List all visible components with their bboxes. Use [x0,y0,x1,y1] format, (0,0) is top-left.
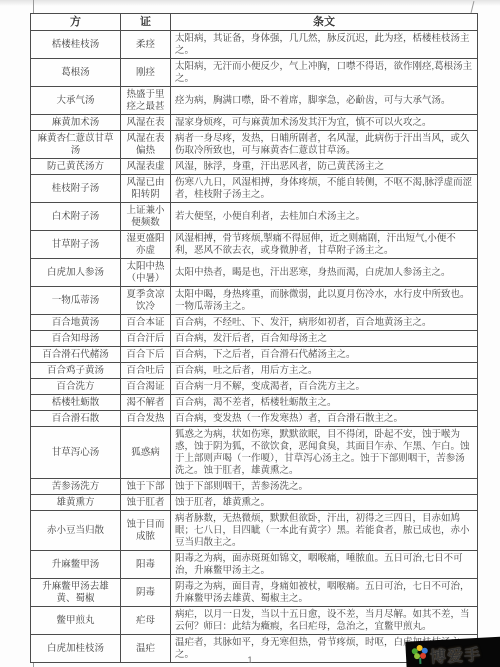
syndrome-cell: 蚀于肛者 [121,495,171,511]
column-header-text: 条文 [171,14,478,31]
syndrome-cell: 刚痉 [121,59,171,87]
document-page: 方 证 条文 栝楼桂枝汤柔痉太阳病，其证备，身体强，几几然，脉反沉迟，此为痉，栝… [0,0,500,667]
text-cell: 百合病，变发热（一作发寒热）者，百合滑石散主之。 [171,411,478,427]
table-row: 升麻鳖甲汤去雄黄、蜀椒阴毒阴毒之为病，面目青，身痛如被杖，咽喉痛。五日可治，七日… [31,579,478,607]
syndrome-cell: 百合本证 [121,315,171,331]
table-row: 栝楼牡蛎散渴不解者百合病，渴不差者，栝楼牡蛎散主之。 [31,395,478,411]
formula-cell: 葛根汤 [31,59,121,87]
formula-cell: 升麻鳖甲汤去雄黄、蜀椒 [31,579,121,607]
formula-cell: 甘草附子汤 [31,231,121,259]
formula-cell: 甘草泻心汤 [31,427,121,479]
text-cell: 湿家身烦疼，可与麻黄加术汤发其汗为宜，慎不可以火攻之。 [171,115,478,131]
formula-cell: 白术附子汤 [31,203,121,231]
table-row: 赤小豆当归散蚀于目而成脓病者脉数，无热微烦，默默但欲卧，汗出，初得之三四日，目赤… [31,511,478,551]
syndrome-cell: 蚀于目而成脓 [121,511,171,551]
formula-cell: 百合滑石代赭汤 [31,347,121,363]
text-cell: 伤寒八九日，风湿相搏，身体疼烦，不能自转侧，不呕不渴,脉浮虚而涩者，桂枝附子汤主… [171,175,478,203]
text-cell: 风湿相搏，骨节疼烦,掣痛不得屈伸，近之则痛剧，汗出短气,小便不利，恶风不欲去衣，… [171,231,478,259]
syndrome-cell: 柔痉 [121,31,171,59]
table-row: 鳖甲煎丸疟母病疟，以月一日发，当以十五日愈，设不差，当月尽解。如其不差，当云何？… [31,607,478,635]
formula-cell: 栝楼桂枝汤 [31,31,121,59]
table-row: 甘草泻心汤狐惑病狐惑之为病，状如伤寒，默默欲眠，目不得闭，卧起不安，蚀于喉为惑，… [31,427,478,479]
formula-cell: 苦参汤洗方 [31,479,121,495]
table-row: 苦参汤洗方蚀于下部蚀于下部则咽干，苦参汤洗之。 [31,479,478,495]
syndrome-cell: 夏季贪凉饮冷 [121,287,171,315]
text-cell: 病者脉数，无热微烦，默默但欲卧，汗出，初得之三四日，目赤如鸠眼；七八日，目四眦（… [171,511,478,551]
text-cell: 痉为病，胸满口噤，卧不着席，脚挛急，必齘齿，可与大承气汤。 [171,87,478,115]
syndrome-cell: 热盛于里痉之最甚 [121,87,171,115]
watermark-text: 博爱手 [429,642,481,667]
syndrome-cell: 百合下后 [121,347,171,363]
table-row: 一物瓜蒂汤夏季贪凉饮冷太阳中暍，身热疼重，而脉微弱，此以夏月伤冷水，水行皮中所致… [31,287,478,315]
table-row: 雄黄熏方蚀于肛者蚀于肛者，雄黄熏之。 [31,495,478,511]
table-row: 麻黄杏仁薏苡甘草汤风湿在表偏热病者一身尽疼，发热，日晡所剧者，名风湿，此病伤于汗… [31,131,478,159]
text-cell: 百合病，发汗后者，百合知母汤主之 [171,331,478,347]
table-row: 栝楼桂枝汤柔痉太阳病，其证备，身体强，几几然，脉反沉迟，此为痉，栝楼桂枝汤主之。 [31,31,478,59]
table-row: 葛根汤刚痉太阳病，无汗而小便反少，气上冲胸，口噤不得语，欲作刚痉,葛根汤主之。 [31,59,478,87]
formula-cell: 升麻鳖甲汤 [31,551,121,579]
table-row: 升麻鳖甲汤阳毒阳毒之为病，面赤斑斑如锦文，咽喉痛，唾脓血。五日可治,七日不可治，… [31,551,478,579]
formula-cell: 百合地黄汤 [31,315,121,331]
formula-cell: 麻黄加术汤 [31,115,121,131]
text-cell: 阳毒之为病，面赤斑斑如锦文，咽喉痛，唾脓血。五日可治,七日不可治，升麻鳖甲汤主之… [171,551,478,579]
syndrome-cell: 百合吐后 [121,363,171,379]
syndrome-cell: 疟母 [121,607,171,635]
syndrome-cell: 风湿在表 [121,115,171,131]
formula-cell: 防己黄芪汤方 [31,159,121,175]
watermark: 博爱手 [405,636,500,667]
table-row: 防己黄芪汤方风湿表虚风湿，脉浮，身重，汗出恶风者，防己黄芪汤主之 [31,159,478,175]
table-row: 百合地黄汤百合本证百合病，不经吐、下、发汗，病形如初者，百合地黄汤主之。 [31,315,478,331]
formula-cell: 百合滑石散 [31,411,121,427]
text-cell: 若大便坚，小便自利者，去桂加白术汤主之。 [171,203,478,231]
text-cell: 百合病，不经吐、下、发汗，病形如初者，百合地黄汤主之。 [171,315,478,331]
formula-cell: 赤小豆当归散 [31,511,121,551]
syndrome-cell: 风湿已由阳转阴 [121,175,171,203]
formula-cell: 麻黄杏仁薏苡甘草汤 [31,131,121,159]
text-cell: 蚀于下部则咽干，苦参汤洗之。 [171,479,478,495]
formula-cell: 大承气汤 [31,87,121,115]
formula-cell: 雄黄熏方 [31,495,121,511]
table-row: 百合滑石代赭汤百合下后百合病，下之后者，百合滑石代赭汤主之。 [31,347,478,363]
table-row: 百合鸡子黄汤百合吐后百合病，吐之后者，用后方主之。 [31,363,478,379]
table-row: 白术附子汤上证兼小便频数若大便坚，小便自利者，去桂加白术汤主之。 [31,203,478,231]
formula-cell: 百合知母汤 [31,331,121,347]
column-header-formula: 方 [31,14,121,31]
syndrome-cell: 渴不解者 [121,395,171,411]
syndrome-cell: 上证兼小便频数 [121,203,171,231]
text-cell: 太阳中热者，暍是也，汗出恶寒，身热而渴，白虎加人参汤主之。 [171,259,478,287]
syndrome-cell: 风湿在表偏热 [121,131,171,159]
text-cell: 百合病，吐之后者，用后方主之。 [171,363,478,379]
table-body: 栝楼桂枝汤柔痉太阳病，其证备，身体强，几几然，脉反沉迟，此为痉，栝楼桂枝汤主之。… [31,31,478,663]
table-header-row: 方 证 条文 [31,14,478,31]
table-row: 大承气汤热盛于里痉之最甚痉为病，胸满口噤，卧不着席，脚挛急，必齘齿，可与大承气汤… [31,87,478,115]
text-cell: 病者一身尽疼，发热，日晡所剧者，名风湿，此病伤于汗出当风，或久伤取冷所致也，可与… [171,131,478,159]
table-row: 甘草附子汤湿更盛阳亦虚风湿相搏，骨节疼烦,掣痛不得屈伸，近之则痛剧，汗出短气,小… [31,231,478,259]
table-row: 百合知母汤百合汗后百合病，发汗后者，百合知母汤主之 [31,331,478,347]
text-cell: 百合病，渴不差者，栝楼牡蛎散主之。 [171,395,478,411]
table-row: 百合洗方百合渴证百合病一月不解，变成渴者，百合洗方主之。 [31,379,478,395]
formula-cell: 百合洗方 [31,379,121,395]
table-row: 桂枝附子汤风湿已由阳转阴伤寒八九日，风湿相搏，身体疼烦，不能自转侧，不呕不渴,脉… [31,175,478,203]
text-cell: 太阳病，其证备，身体强，几几然，脉反沉迟，此为痉，栝楼桂枝汤主之。 [171,31,478,59]
text-cell: 太阳病，无汗而小便反少，气上冲胸，口噤不得语，欲作刚痉,葛根汤主之。 [171,59,478,87]
text-cell: 百合病，下之后者，百合滑石代赭汤主之。 [171,347,478,363]
formula-cell: 一物瓜蒂汤 [31,287,121,315]
syndrome-cell: 百合汗后 [121,331,171,347]
table-row: 百合滑石散百合发热百合病，变发热（一作发寒热）者，百合滑石散主之。 [31,411,478,427]
syndrome-cell: 阳毒 [121,551,171,579]
text-cell: 病疟，以月一日发，当以十五日愈，设不差，当月尽解。如其不差，当云何？师曰：此结为… [171,607,478,635]
watermark-logo-icon [409,642,430,665]
text-cell: 风湿，脉浮，身重，汗出恶风者，防己黄芪汤主之 [171,159,478,175]
syndrome-cell: 百合渴证 [121,379,171,395]
formula-cell: 鳖甲煎丸 [31,607,121,635]
text-cell: 百合病一月不解，变成渴者，百合洗方主之。 [171,379,478,395]
syndrome-cell: 狐惑病 [121,427,171,479]
text-cell: 太阳中暍，身热疼重，而脉微弱，此以夏月伤冷水，水行皮中所致也。一物瓜蒂汤主之。 [171,287,478,315]
text-cell: 狐惑之为病，状如伤寒，默默欲眠，目不得闭，卧起不安，蚀于喉为惑，蚀于阴为狐，不欲… [171,427,478,479]
formula-cell: 栝楼牡蛎散 [31,395,121,411]
syndrome-cell: 太阳中热（中暑） [121,259,171,287]
formula-cell: 百合鸡子黄汤 [31,363,121,379]
page-top-shade [0,0,500,6]
syndrome-cell: 蚀于下部 [121,479,171,495]
formula-cell: 白虎加人参汤 [31,259,121,287]
table-row: 麻黄加术汤风湿在表湿家身烦疼，可与麻黄加术汤发其汗为宜，慎不可以火攻之。 [31,115,478,131]
column-header-syndrome: 证 [121,14,171,31]
margin-mark-top-left [33,0,34,13]
formula-table: 方 证 条文 栝楼桂枝汤柔痉太阳病，其证备，身体强，几几然，脉反沉迟，此为痉，栝… [30,13,478,663]
syndrome-cell: 百合发热 [121,411,171,427]
text-cell: 蚀于肛者，雄黄熏之。 [171,495,478,511]
syndrome-cell: 风湿表虚 [121,159,171,175]
text-cell: 阴毒之为病，面目青，身痛如被杖，咽喉痛。五日可治，七日不可治，升麻鳖甲汤去雄黄、… [171,579,478,607]
syndrome-cell: 湿更盛阳亦虚 [121,231,171,259]
table-row: 白虎加人参汤太阳中热（中暑）太阳中热者，暍是也，汗出恶寒，身热而渴，白虎加人参汤… [31,259,478,287]
syndrome-cell: 阴毒 [121,579,171,607]
formula-cell: 桂枝附子汤 [31,175,121,203]
